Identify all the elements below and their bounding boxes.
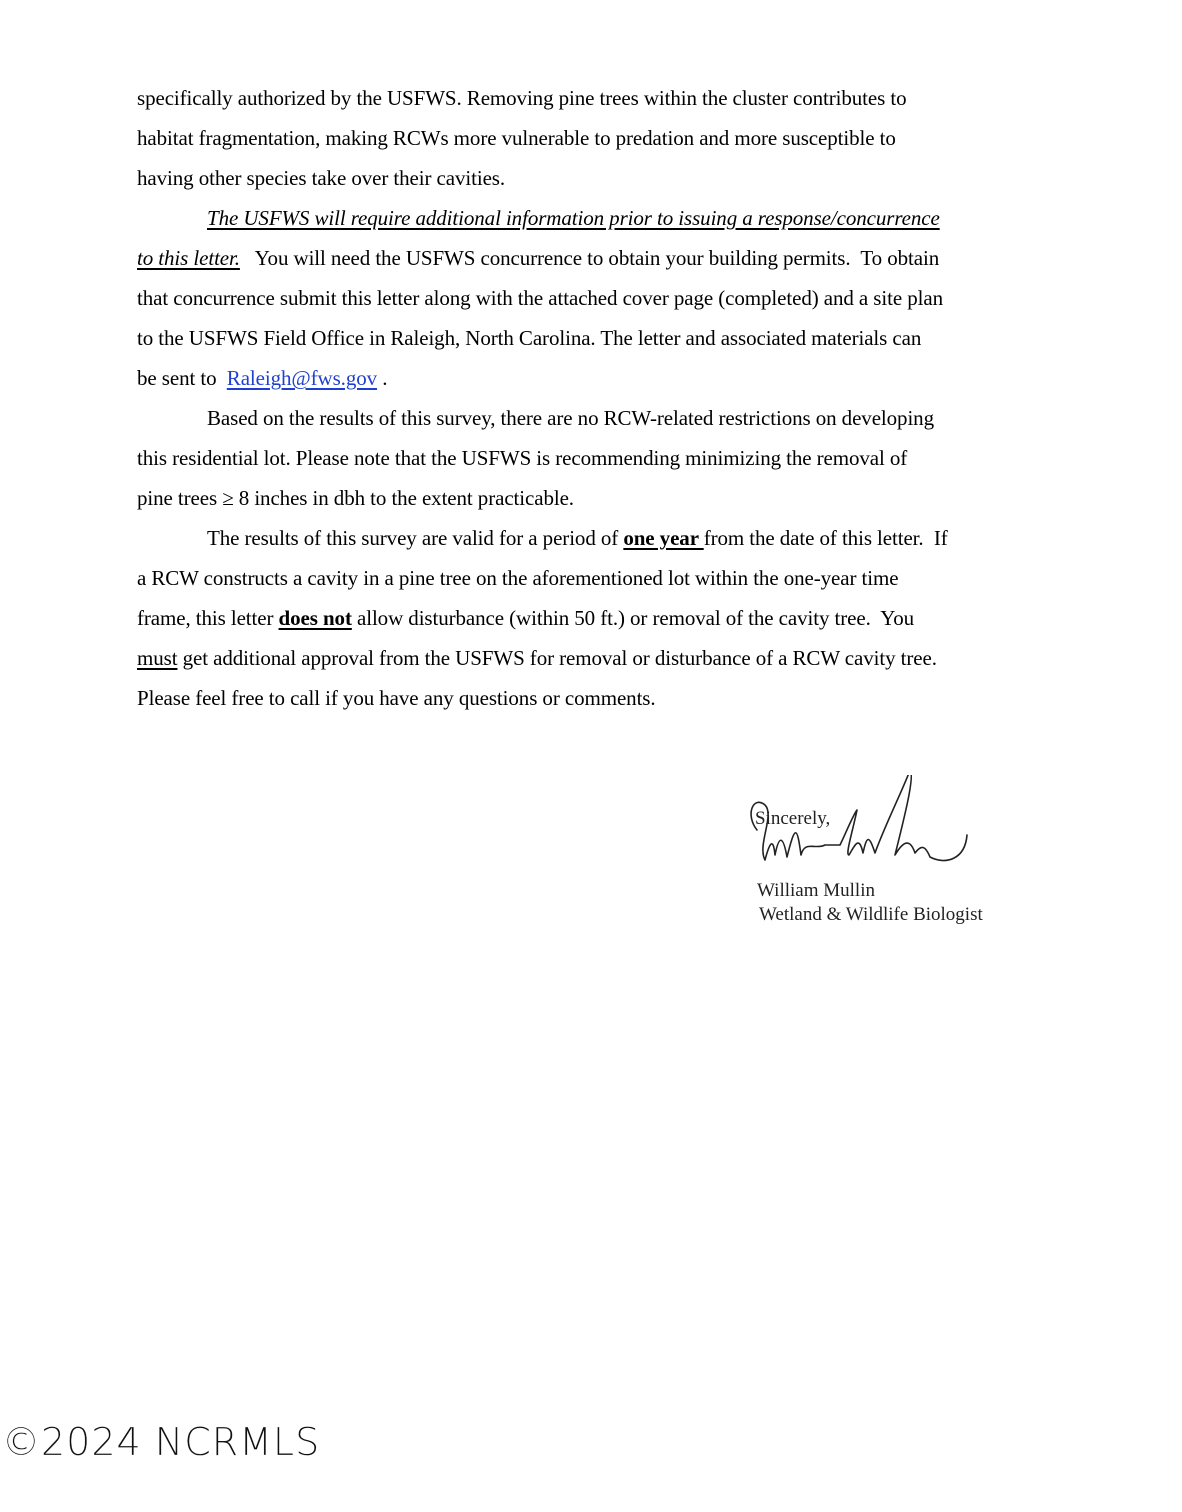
body-line: be sent to Raleigh@fws.gov .	[137, 358, 387, 398]
body-line: having other species take over their cav…	[137, 158, 505, 198]
body-line: The results of this survey are valid for…	[137, 518, 948, 558]
closing: Sincerely,	[755, 808, 830, 830]
body-text: be sent to	[137, 366, 227, 390]
body-text: get additional approval from the USFWS f…	[177, 646, 936, 670]
notice-line: The USFWS will require additional inform…	[137, 198, 940, 238]
body-line: this residential lot. Please note that t…	[137, 438, 907, 478]
body-line: specifically authorized by the USFWS. Re…	[137, 78, 906, 118]
signer-name: William Mullin	[757, 880, 875, 902]
body-text: .	[377, 366, 387, 390]
emphasis-one-year: one year	[623, 526, 703, 550]
email-link[interactable]: Raleigh@fws.gov	[227, 366, 377, 390]
body-line: Based on the results of this survey, the…	[137, 398, 934, 438]
body-text: You will need the USFWS concurrence to o…	[240, 246, 939, 270]
notice-italic: The USFWS will require additional inform…	[207, 206, 940, 230]
body-line: that concurrence submit this letter alon…	[137, 278, 943, 318]
signature-block: Sincerely, William Mullin Wetland & Wild…	[745, 800, 1045, 940]
emphasis-does-not: does not	[279, 606, 352, 630]
body-line: frame, this letter does not allow distur…	[137, 598, 914, 638]
body-line: to the USFWS Field Office in Raleigh, No…	[137, 318, 921, 358]
body-line: Please feel free to call if you have any…	[137, 678, 656, 718]
copyright-watermark: ©2024 NCRMLS	[2, 1420, 320, 1464]
body-text: from the date of this letter. If	[704, 526, 948, 550]
emphasis-must: must	[137, 646, 177, 670]
body-line: must get additional approval from the US…	[137, 638, 937, 678]
body-line: habitat fragmentation, making RCWs more …	[137, 118, 896, 158]
body-text: frame, this letter	[137, 606, 279, 630]
signer-title: Wetland & Wildlife Biologist	[759, 904, 983, 926]
body-line: to this letter. You will need the USFWS …	[137, 238, 939, 278]
body-text: allow disturbance (within 50 ft.) or rem…	[352, 606, 914, 630]
body-text: The results of this survey are valid for…	[207, 526, 623, 550]
body-line: a RCW constructs a cavity in a pine tree…	[137, 558, 898, 598]
body-line: pine trees ≥ 8 inches in dbh to the exte…	[137, 478, 574, 518]
notice-italic: to this letter.	[137, 246, 240, 270]
